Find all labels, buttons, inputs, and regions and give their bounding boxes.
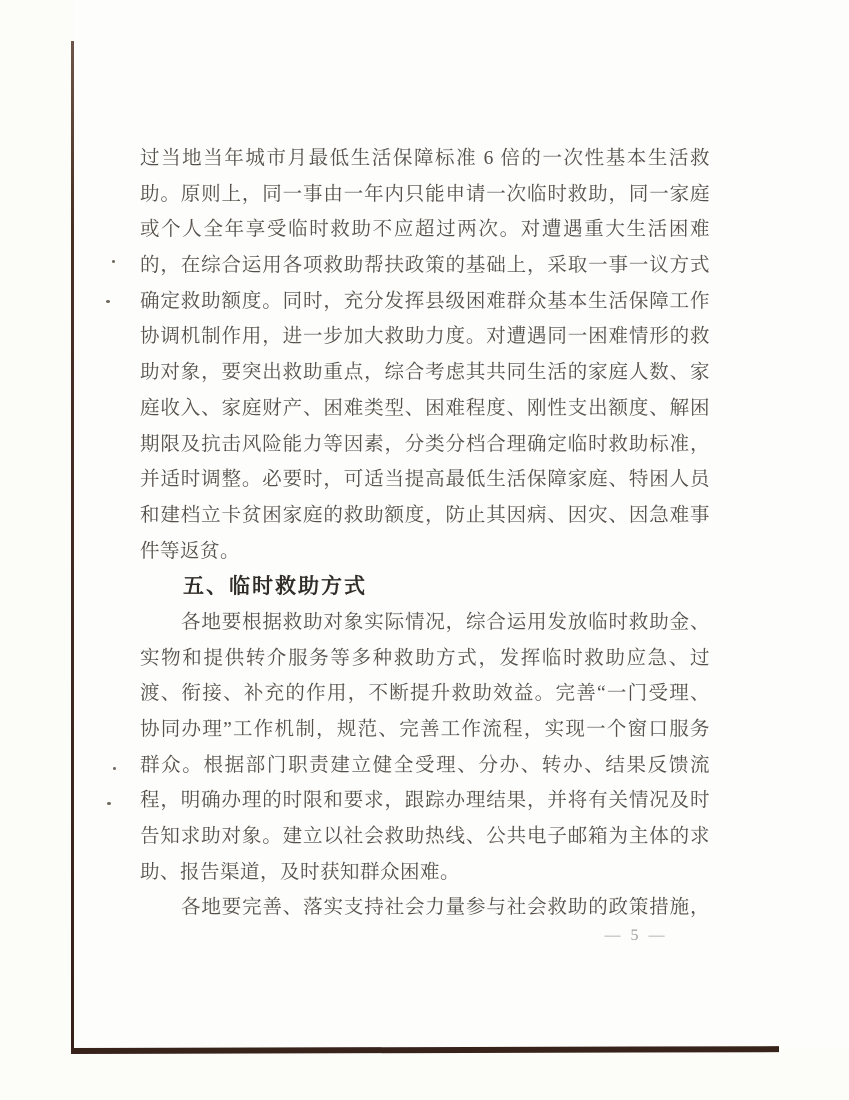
section-heading: 五、临时救助方式: [140, 569, 710, 605]
text-line: 程，明确办理的时限和要求，跟踪办理结果，并将有关情况及时: [140, 783, 710, 819]
text-line: 告知求助对象。建立以社会救助热线、公共电子邮箱为主体的求: [140, 819, 710, 855]
text-line: 协调机制作用，进一步加大救助力度。对遭遇同一困难情形的救: [140, 319, 710, 355]
text-line: 期限及抗击风险能力等因素，分类分档合理确定临时救助标准，: [140, 427, 710, 463]
text-line: 渡、衔接、补充的作用，不断提升救助效益。完善“一门受理、: [140, 676, 710, 712]
text-line: 各地要完善、落实支持社会力量参与社会救助的政策措施，: [140, 890, 710, 926]
scanned-document-page: 过当地当年城市月最低生活保障标准 6 倍的一次性基本生活救 助。原则上，同一事由…: [0, 0, 849, 1100]
text-line: 群众。根据部门职责建立健全受理、分办、转办、结果反馈流: [140, 748, 710, 784]
page-number: — 5 —: [596, 927, 676, 945]
ink-speck: [113, 767, 116, 770]
text-line: 件等返贫。: [140, 534, 710, 570]
text-line: 协同办理”工作机制，规范、完善工作流程，实现一个窗口服务: [140, 712, 710, 748]
scan-edge-left: [71, 41, 74, 1054]
text-line: 和建档立卡贫困家庭的救助额度，防止其因病、因灾、因急难事: [140, 498, 710, 534]
text-line: 确定救助额度。同时，充分发挥县级困难群众基本生活保障工作: [140, 284, 710, 320]
text-line: 的，在综合运用各项救助帮扶政策的基础上，采取一事一议方式: [140, 248, 710, 284]
text-line: 庭收入、家庭财产、困难类型、困难程度、刚性支出额度、解困: [140, 391, 710, 427]
text-line: 助、报告渠道，及时获知群众困难。: [140, 855, 710, 891]
text-line: 各地要根据救助对象实际情况，综合运用发放临时救助金、: [140, 605, 710, 641]
scan-edge-bottom: [71, 1046, 779, 1054]
text-line: 并适时调整。必要时，可适当提高最低生活保障家庭、特困人员: [140, 462, 710, 498]
ink-speck: [112, 260, 115, 263]
text-line: 过当地当年城市月最低生活保障标准 6 倍的一次性基本生活救: [140, 141, 710, 177]
text-line: 助对象，要突出救助重点，综合考虑其共同生活的家庭人数、家: [140, 355, 710, 391]
text-line: 助。原则上，同一事由一年内只能申请一次临时救助，同一家庭: [140, 177, 710, 213]
text-line: 实物和提供转介服务等多种救助方式，发挥临时救助应急、过: [140, 641, 710, 677]
text-line: 或个人全年享受临时救助不应超过两次。对遭遇重大生活困难: [140, 212, 710, 248]
ink-speck: [106, 300, 110, 303]
document-body: 过当地当年城市月最低生活保障标准 6 倍的一次性基本生活救 助。原则上，同一事由…: [140, 141, 710, 926]
ink-speck: [107, 802, 111, 805]
